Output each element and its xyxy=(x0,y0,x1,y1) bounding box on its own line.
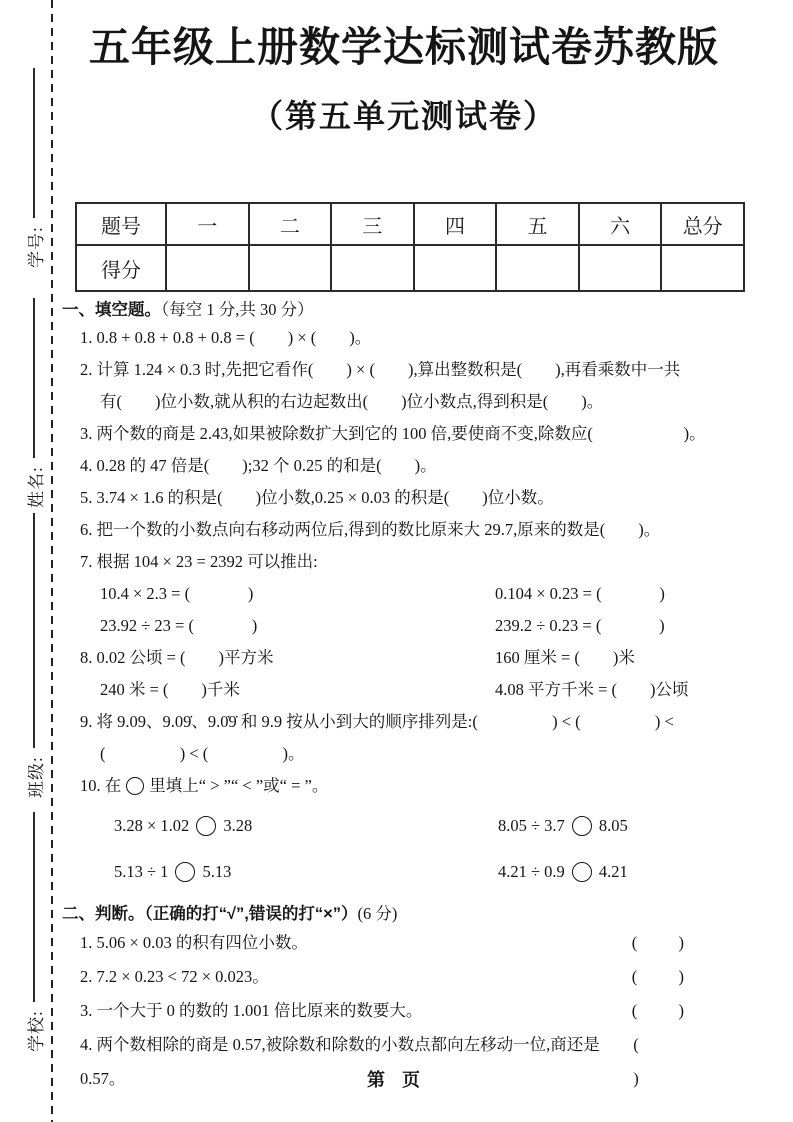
judge-text: 1. 5.06 × 0.03 的积有四位小数。 xyxy=(80,926,308,960)
section1-heading: 一、填空题。（每空 1 分,共 30 分） xyxy=(62,298,746,322)
margin-field-class: 班级: xyxy=(22,513,46,798)
question-10-row-2: 5.13 ÷ 15.13 4.21 ÷ 0.94.21 xyxy=(62,856,746,888)
margin-field-school: 学校: xyxy=(22,812,46,1052)
fill-question-10: 10. 在里填上“ > ”“ < ”或“ = ”。 xyxy=(62,770,746,802)
section2-heading-note: (6 分) xyxy=(358,904,398,923)
margin-field-name: 姓名: xyxy=(22,298,46,508)
q10-right-value: 5.13 xyxy=(202,862,231,881)
fill-question-4: 4. 0.28 的 47 倍是( );32 个 0.25 的和是( )。 xyxy=(62,450,746,482)
score-label-cell: 得分 xyxy=(76,245,166,291)
margin-label-class: 班级: xyxy=(22,756,47,798)
score-table-cell-2: 二 xyxy=(249,203,332,245)
margin-field-student-id: 学号: xyxy=(22,68,46,268)
score-table-header-row: 题号 一 二 三 四 五 六 总分 xyxy=(76,203,744,245)
score-blank-cell xyxy=(166,245,249,291)
q10-right-value: 8.05 xyxy=(599,816,628,835)
q10-left-expr: 4.21 ÷ 0.9 xyxy=(498,862,565,881)
comparison-circle-icon xyxy=(126,777,144,795)
q7-item-3: 23.92 ÷ 23 = ( ) xyxy=(100,610,495,642)
fill-question-9-line2: ( ) < ( )。 xyxy=(62,738,746,770)
score-table-cell-3: 三 xyxy=(331,203,414,245)
dashed-cut-line xyxy=(51,0,53,1122)
fill-question-6: 6. 把一个数的小数点向右移动两位后,得到的数比原来大 29.7,原来的数是( … xyxy=(62,514,746,546)
q7-item-4: 239.2 ÷ 0.23 = ( ) xyxy=(495,610,746,642)
q10-compare-4: 4.21 ÷ 0.94.21 xyxy=(498,856,746,888)
score-table: 题号 一 二 三 四 五 六 总分 得分 xyxy=(75,202,745,292)
comparison-circle-icon xyxy=(572,862,592,882)
margin-label-student-id: 学号: xyxy=(22,226,47,268)
q10-left-expr: 3.28 × 1.02 xyxy=(114,816,189,835)
section2-heading-mid: （正确的打“√”,错误的打“×”） xyxy=(145,905,358,923)
score-blank-cell xyxy=(661,245,744,291)
paper-title: 五年级上册数学达标测试卷苏教版 xyxy=(62,22,746,72)
q8-item-2: 160 厘米 = ( )米 xyxy=(495,642,746,674)
fill-question-5: 5. 3.74 × 1.6 的积是( )位小数,0.25 × 0.03 的积是(… xyxy=(62,482,746,514)
comparison-circle-icon xyxy=(175,862,195,882)
margin-label-name: 姓名: xyxy=(22,466,47,508)
score-blank-cell xyxy=(249,245,332,291)
paper-content: 五年级上册数学达标测试卷苏教版 （第五单元测试卷） 题号 一 二 三 四 五 六… xyxy=(62,0,746,1096)
fill-question-2-line2: 有( )位小数,就从积的右边起数出( )位小数点,得到积是( )。 xyxy=(62,386,746,418)
q8-item-4: 4.08 平方千米 = ( )公顷 xyxy=(495,674,746,706)
name-fill-line xyxy=(33,298,35,458)
judge-answer-bracket: ( ) xyxy=(632,994,684,1028)
fill-question-7: 7. 根据 104 × 23 = 2392 可以推出: xyxy=(62,546,746,578)
judge-answer-bracket: ( ) xyxy=(632,960,684,994)
comparison-circle-icon xyxy=(196,816,216,836)
judge-question-2: 2. 7.2 × 0.23 < 72 × 0.023。 ( ) xyxy=(62,960,746,994)
section2-heading-bold: 二、判断。 xyxy=(62,905,145,923)
section1-heading-bold: 一、填空题。 xyxy=(62,301,161,319)
q10-right-value: 3.28 xyxy=(223,816,252,835)
q10-text-post: 里填上“ > ”“ < ”或“ = ”。 xyxy=(149,776,328,795)
question-10-row-1: 3.28 × 1.023.28 8.05 ÷ 3.78.05 xyxy=(62,810,746,842)
fill-question-2-line1: 2. 计算 1.24 × 0.3 时,先把它看作( ) × ( ),算出整数积是… xyxy=(62,354,746,386)
q10-text-pre: 10. 在 xyxy=(80,776,121,795)
q8-item-3: 240 米 = ( )千米 xyxy=(100,674,495,706)
fill-question-9-line1: 9. 将 9.09、9.09̇、9.0̇9̇ 和 9.9 按从小到大的顺序排列是… xyxy=(62,706,746,738)
score-blank-cell xyxy=(579,245,662,291)
score-blank-cell xyxy=(331,245,414,291)
section1-heading-note: （每空 1 分,共 30 分） xyxy=(161,300,314,319)
school-fill-line xyxy=(33,812,35,1002)
judge-answer-bracket: ( ) xyxy=(632,926,684,960)
judge-question-3: 3. 一个大于 0 的数的 1.001 倍比原来的数要大。 ( ) xyxy=(62,994,746,1028)
test-paper-page: 学号: 姓名: 班级: 学校: 五年级上册数学达标测试卷苏教版 （第五单元测试卷… xyxy=(0,0,793,1122)
q10-left-expr: 8.05 ÷ 3.7 xyxy=(498,816,565,835)
score-table-cell-4: 四 xyxy=(414,203,497,245)
comparison-circle-icon xyxy=(572,816,592,836)
fill-question-3: 3. 两个数的商是 2.43,如果被除数扩大到它的 100 倍,要使商不变,除数… xyxy=(62,418,746,450)
paper-subtitle: （第五单元测试卷） xyxy=(62,96,746,136)
q10-compare-2: 8.05 ÷ 3.78.05 xyxy=(498,810,746,842)
judge-question-1: 1. 5.06 × 0.03 的积有四位小数。 ( ) xyxy=(62,926,746,960)
question-8-row-2: 240 米 = ( )千米 4.08 平方千米 = ( )公顷 xyxy=(62,674,746,706)
q10-left-expr: 5.13 ÷ 1 xyxy=(114,862,168,881)
question-7-row-1: 10.4 × 2.3 = ( ) 0.104 × 0.23 = ( ) xyxy=(62,578,746,610)
q7-item-2: 0.104 × 0.23 = ( ) xyxy=(495,578,746,610)
q10-compare-3: 5.13 ÷ 15.13 xyxy=(114,856,498,888)
fill-question-1: 1. 0.8 + 0.8 + 0.8 + 0.8 = ( ) × ( )。 xyxy=(62,322,746,354)
question-8-row-1: 8. 0.02 公顷 = ( )平方米 160 厘米 = ( )米 xyxy=(62,642,746,674)
q10-right-value: 4.21 xyxy=(599,862,628,881)
class-fill-line xyxy=(33,513,35,748)
question-7-row-2: 23.92 ÷ 23 = ( ) 239.2 ÷ 0.23 = ( ) xyxy=(62,610,746,642)
score-table-cell-question-no: 题号 xyxy=(76,203,166,245)
score-table-cell-6: 六 xyxy=(579,203,662,245)
q7-item-1: 10.4 × 2.3 = ( ) xyxy=(100,578,495,610)
score-blank-cell xyxy=(414,245,497,291)
student-id-fill-line xyxy=(33,68,35,218)
judge-text: 2. 7.2 × 0.23 < 72 × 0.023。 xyxy=(80,960,269,994)
score-table-cell-1: 一 xyxy=(166,203,249,245)
page-footer: 第 页 xyxy=(0,1066,793,1092)
score-table-cell-total: 总分 xyxy=(661,203,744,245)
score-table-score-row: 得分 xyxy=(76,245,744,291)
q10-compare-1: 3.28 × 1.023.28 xyxy=(114,810,498,842)
q8-item-1: 8. 0.02 公顷 = ( )平方米 xyxy=(80,642,495,674)
judge-text: 3. 一个大于 0 的数的 1.001 倍比原来的数要大。 xyxy=(80,994,422,1028)
margin-label-school: 学校: xyxy=(22,1010,47,1052)
score-blank-cell xyxy=(496,245,579,291)
score-table-cell-5: 五 xyxy=(496,203,579,245)
section2-heading: 二、判断。（正确的打“√”,错误的打“×”）(6 分) xyxy=(62,902,746,926)
